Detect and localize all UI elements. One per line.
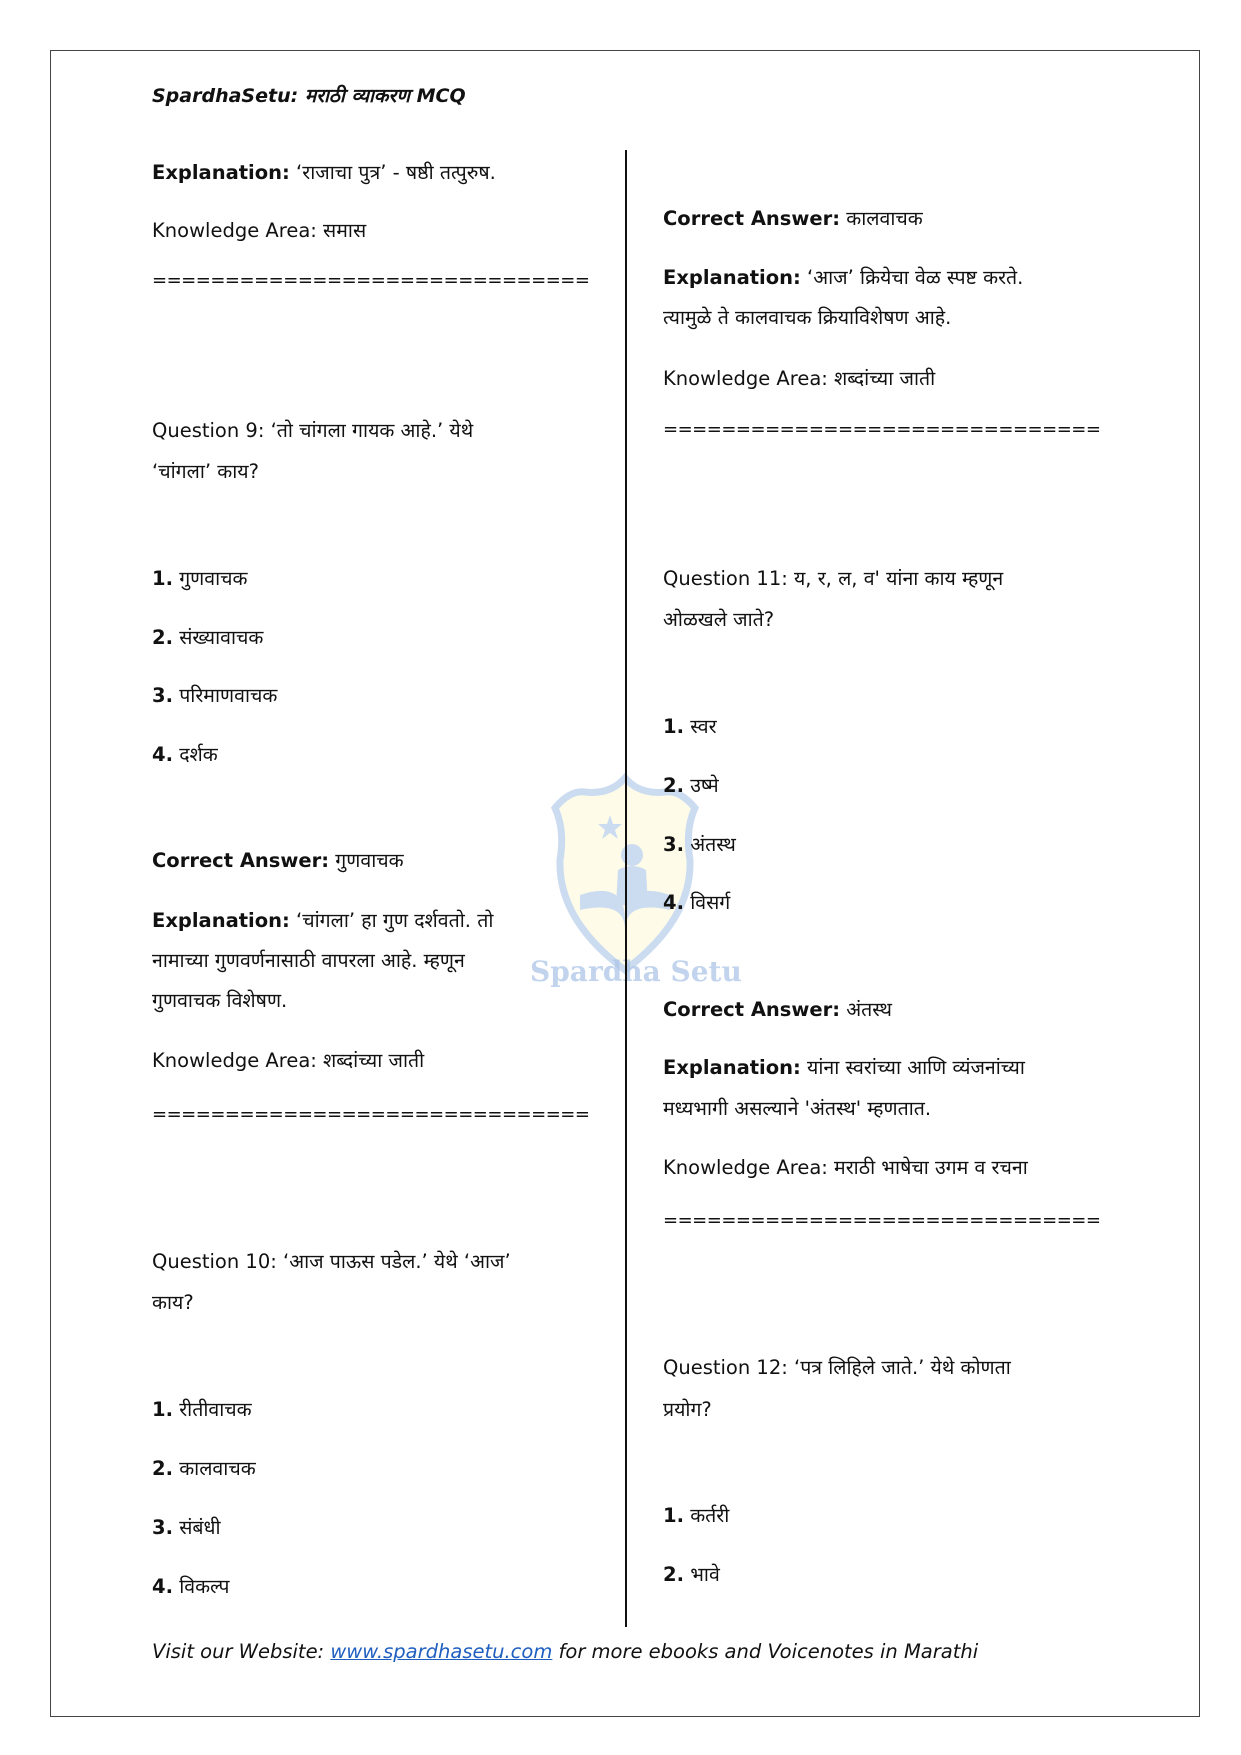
q9-explanation-line1: Explanation: ‘चांगला’ हा गुण दर्शवतो. तो	[152, 908, 493, 934]
column-divider	[625, 150, 627, 1627]
q9-explanation-line3: गुणवाचक विशेषण.	[152, 988, 287, 1014]
separator: ==============================	[152, 268, 589, 294]
q11-option-3: 3. अंतस्थ	[663, 832, 736, 858]
explanation-label: Explanation:	[152, 161, 290, 184]
q9-question-line2: ‘चांगला’ काय?	[152, 459, 259, 485]
footer-suffix: for more ebooks and Voicenotes in Marath…	[552, 1640, 978, 1663]
separator: ==============================	[663, 417, 1100, 443]
q11-knowledge-area: Knowledge Area: मराठी भाषेचा उगम व रचना	[663, 1155, 1028, 1181]
q10-knowledge-area: Knowledge Area: शब्दांच्या जाती	[663, 366, 935, 392]
q9-option-1: 1. गुणवाचक	[152, 566, 248, 592]
q9-explanation-line2: नामाच्या गुणवर्णनासाठी वापरला आहे. म्हणू…	[152, 948, 465, 974]
q10-option-4: 4. विकल्प	[152, 1574, 230, 1600]
q10-question-line2: काय?	[152, 1290, 194, 1316]
q12-option-1: 1. कर्तरी	[663, 1503, 729, 1529]
q9-option-4: 4. दर्शक	[152, 742, 218, 768]
q11-correct-answer: Correct Answer: अंतस्थ	[663, 997, 892, 1023]
q9-question-line1: Question 9: ‘तो चांगला गायक आहे.’ येथे	[152, 418, 473, 444]
q10-explanation-line1: Explanation: ‘आज’ क्रियेचा वेळ स्पष्ट कर…	[663, 265, 1023, 291]
q10-question-line1: Question 10: ‘आज पाऊस पडेल.’ येथे ‘आज’	[152, 1249, 511, 1275]
q8-explanation: Explanation: ‘राजाचा पुत्र’ - षष्ठी तत्प…	[152, 160, 496, 186]
q9-correct-answer: Correct Answer: गुणवाचक	[152, 848, 404, 874]
q10-option-3: 3. संबंधी	[152, 1515, 221, 1541]
q10-option-1: 1. रीतीवाचक	[152, 1397, 252, 1423]
q10-explanation-line2: त्यामुळे ते कालवाचक क्रियाविशेषण आहे.	[663, 305, 951, 331]
page-header: SpardhaSetu: मराठी व्याकरण MCQ	[152, 82, 466, 108]
q12-question-line2: प्रयोग?	[663, 1397, 712, 1423]
q9-option-3: 3. परिमाणवाचक	[152, 683, 277, 709]
q11-explanation-line2: मध्यभागी असल्याने 'अंतस्थ' म्हणतात.	[663, 1096, 931, 1122]
q11-option-1: 1. स्वर	[663, 714, 717, 740]
q9-option-2: 2. संख्यावाचक	[152, 625, 263, 651]
q8-knowledge-area: Knowledge Area: समास	[152, 218, 366, 244]
q11-question-line1: Question 11: य, र, ल, व' यांना काय म्हणू…	[663, 566, 1003, 592]
q11-option-4: 4. विसर्ग	[663, 890, 730, 916]
q9-knowledge-area: Knowledge Area: शब्दांच्या जाती	[152, 1048, 424, 1074]
q11-question-line2: ओळखले जाते?	[663, 607, 774, 633]
header-brand: SpardhaSetu:	[152, 85, 298, 107]
q12-option-2: 2. भावे	[663, 1562, 720, 1588]
q11-option-2: 2. उष्मे	[663, 773, 719, 799]
separator: ==============================	[663, 1208, 1100, 1234]
watermark-text: Spardha Setu	[530, 955, 742, 988]
separator: ==============================	[152, 1102, 589, 1128]
footer-prefix: Visit our Website:	[152, 1640, 330, 1663]
q12-question-line1: Question 12: ‘पत्र लिहिले जाते.’ येथे को…	[663, 1355, 1011, 1381]
q10-option-2: 2. कालवाचक	[152, 1456, 256, 1482]
website-link[interactable]: www.spardhasetu.com	[330, 1640, 552, 1663]
q11-explanation-line1: Explanation: यांना स्वरांच्या आणि व्यंजन…	[663, 1055, 1025, 1081]
q10-correct-answer: Correct Answer: कालवाचक	[663, 206, 923, 232]
header-title: मराठी व्याकरण MCQ	[305, 85, 466, 107]
footer: Visit our Website: www.spardhasetu.com f…	[152, 1640, 978, 1663]
